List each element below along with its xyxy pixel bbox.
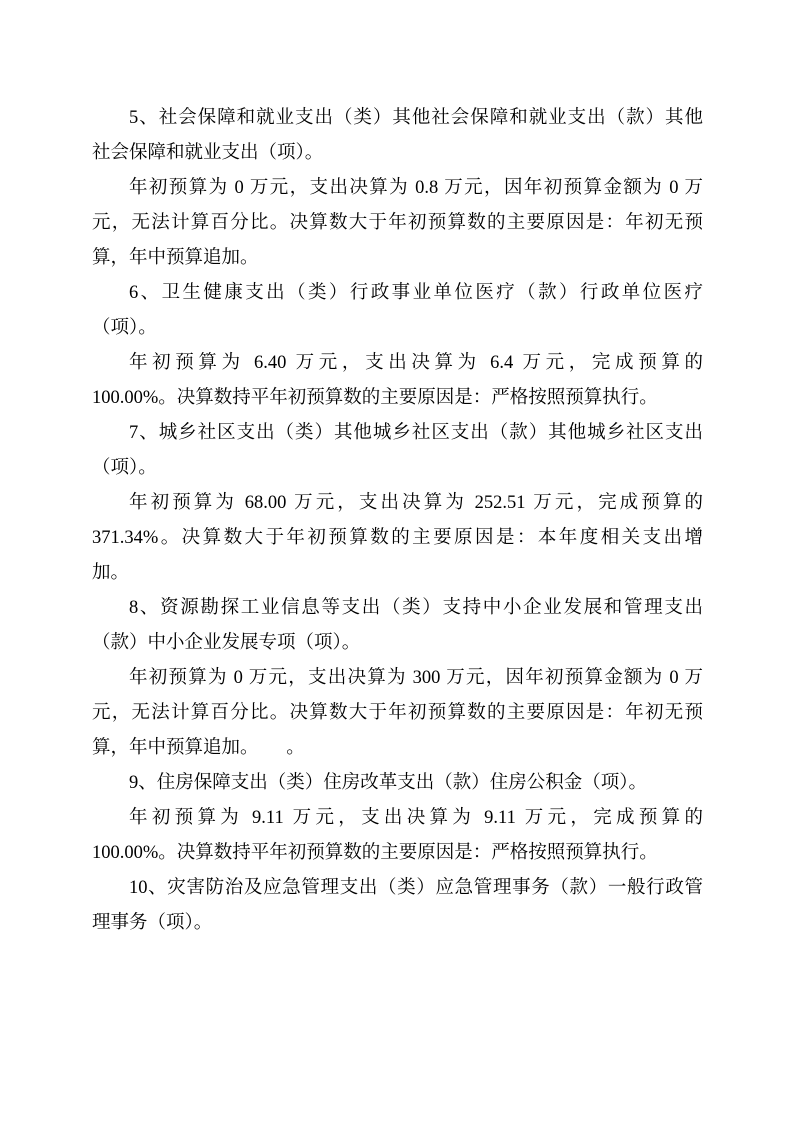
item-6-heading: 6、卫生健康支出（类）行政事业单位医疗（款）行政单位医疗 （项）。 xyxy=(92,276,703,346)
item-7-heading: 7、城乡社区支出（类）其他城乡社区支出（款）其他城乡社区支出 （项）。 xyxy=(92,416,703,486)
text-line: 100.00%。决算数持平年初预算数的主要原因是：严格按照预算执行。 xyxy=(92,381,703,416)
item-5-heading: 5、社会保障和就业支出（类）其他社会保障和就业支出（款）其他 社会保障和就业支出… xyxy=(92,101,703,171)
text-line: 8、资源勘探工业信息等支出（类）支持中小企业发展和管理支出 xyxy=(92,591,703,626)
text-line: 理事务（项）。 xyxy=(92,906,703,941)
item-8-heading: 8、资源勘探工业信息等支出（类）支持中小企业发展和管理支出 （款）中小企业发展专… xyxy=(92,591,703,661)
text-line: 10、灾害防治及应急管理支出（类）应急管理事务（款）一般行政管 xyxy=(92,871,703,906)
text-line: （项）。 xyxy=(92,451,703,486)
item-9-heading: 9、住房保障支出（类）住房改革支出（款）住房公积金（项）。 xyxy=(92,766,703,801)
text-line: 9、住房保障支出（类）住房改革支出（款）住房公积金（项）。 xyxy=(92,766,703,801)
text-line: 年初预算为 68.00 万元，支出决算为 252.51 万元，完成预算的 xyxy=(92,486,703,521)
document-body: 5、社会保障和就业支出（类）其他社会保障和就业支出（款）其他 社会保障和就业支出… xyxy=(92,101,703,941)
document-page: 5、社会保障和就业支出（类）其他社会保障和就业支出（款）其他 社会保障和就业支出… xyxy=(0,0,793,1122)
text-line: 5、社会保障和就业支出（类）其他社会保障和就业支出（款）其他 xyxy=(92,101,703,136)
text-line: 社会保障和就业支出（项）。 xyxy=(92,136,703,171)
item-9-detail: 年初预算为 9.11 万元，支出决算为 9.11 万元，完成预算的 100.00… xyxy=(92,801,703,871)
text-line: 年初预算为 9.11 万元，支出决算为 9.11 万元，完成预算的 xyxy=(92,801,703,836)
text-line: 元，无法计算百分比。决算数大于年初预算数的主要原因是：年初无预 xyxy=(92,696,703,731)
text-line: 元，无法计算百分比。决算数大于年初预算数的主要原因是：年初无预 xyxy=(92,206,703,241)
text-line: 年初预算为 0 万元，支出决算为 300 万元，因年初预算金额为 0 万 xyxy=(92,661,703,696)
text-line: （款）中小企业发展专项（项）。 xyxy=(92,626,703,661)
text-line: 加。 xyxy=(92,556,703,591)
item-6-detail: 年初预算为 6.40 万元，支出决算为 6.4 万元，完成预算的 100.00%… xyxy=(92,346,703,416)
text-line: 6、卫生健康支出（类）行政事业单位医疗（款）行政单位医疗 xyxy=(92,276,703,311)
text-line: 年初预算为 0 万元，支出决算为 0.8 万元，因年初预算金额为 0 万 xyxy=(92,171,703,206)
text-line: 算，年中预算追加。 。 xyxy=(92,731,703,766)
item-10-heading: 10、灾害防治及应急管理支出（类）应急管理事务（款）一般行政管 理事务（项）。 xyxy=(92,871,703,941)
text-line: 算，年中预算追加。 xyxy=(92,241,703,276)
item-5-detail: 年初预算为 0 万元，支出决算为 0.8 万元，因年初预算金额为 0 万 元，无… xyxy=(92,171,703,276)
item-8-detail: 年初预算为 0 万元，支出决算为 300 万元，因年初预算金额为 0 万 元，无… xyxy=(92,661,703,766)
text-line: 100.00%。决算数持平年初预算数的主要原因是：严格按照预算执行。 xyxy=(92,836,703,871)
item-7-detail: 年初预算为 68.00 万元，支出决算为 252.51 万元，完成预算的 371… xyxy=(92,486,703,591)
text-line: 7、城乡社区支出（类）其他城乡社区支出（款）其他城乡社区支出 xyxy=(92,416,703,451)
text-line: 年初预算为 6.40 万元，支出决算为 6.4 万元，完成预算的 xyxy=(92,346,703,381)
text-line: 371.34%。决算数大于年初预算数的主要原因是：本年度相关支出增 xyxy=(92,521,703,556)
text-line: （项）。 xyxy=(92,311,703,346)
